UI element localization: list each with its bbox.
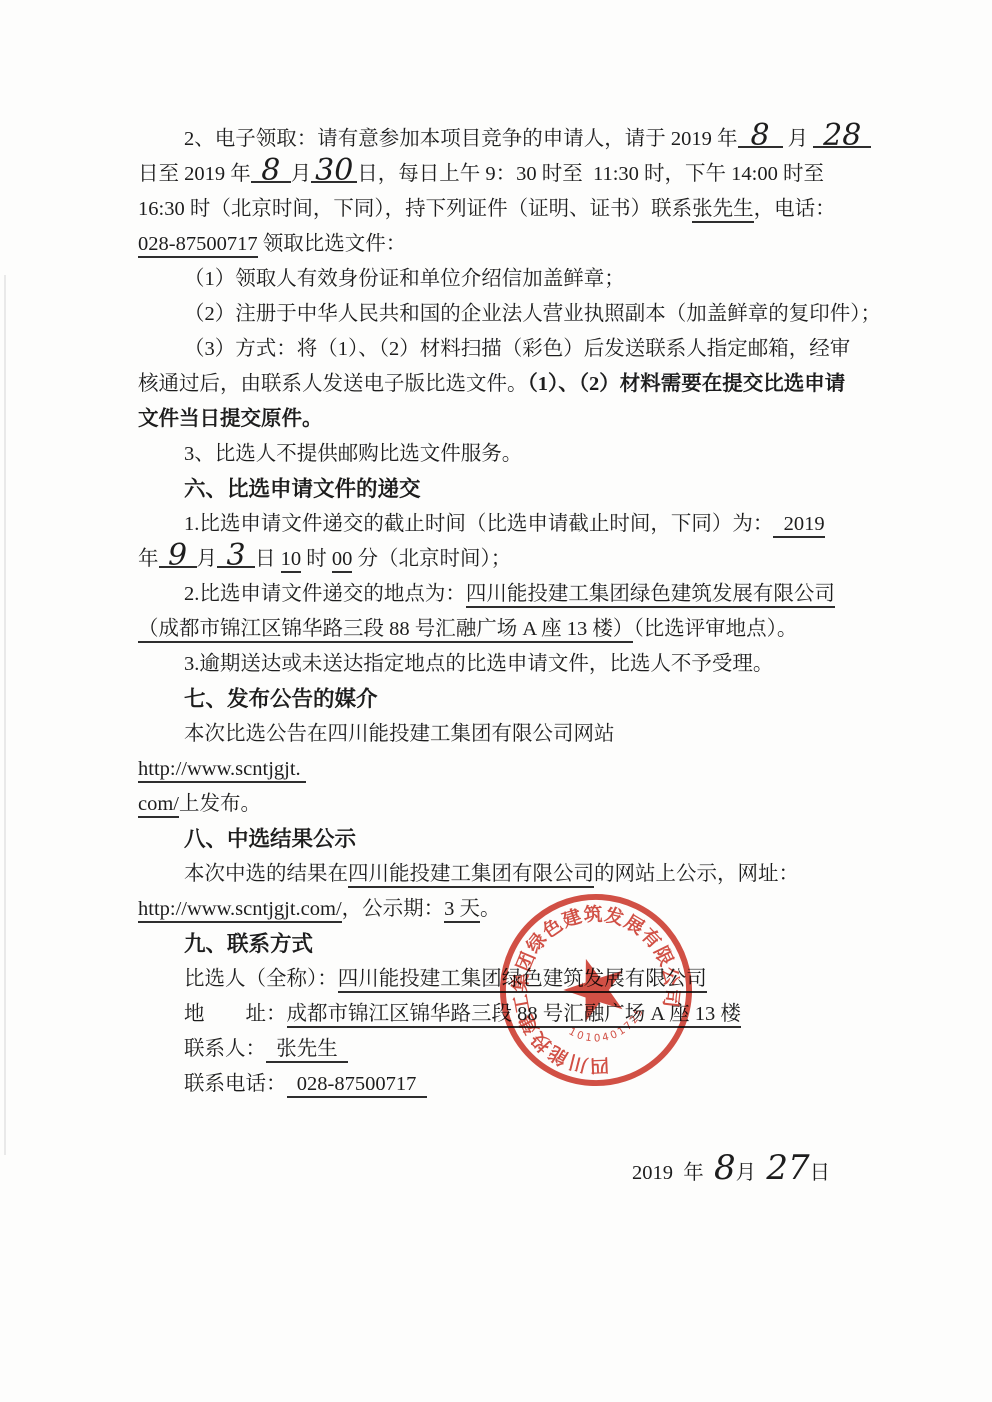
- website-url-part1: http://www.scntjgjt.: [138, 758, 306, 783]
- text-segment: 领取比选文件：: [258, 233, 407, 255]
- heading-section-7: 七、发布公告的媒介: [138, 682, 862, 717]
- handwritten-start-day: 28: [813, 126, 871, 148]
- text-segment: 联系人：: [184, 1038, 266, 1060]
- handwritten-end-day: 30: [311, 161, 357, 183]
- text-segment: （1）、（2）材料需要在提交比选申请: [528, 373, 846, 395]
- para-announcement-media-line1: 本次比选公告在四川能投建工集团有限公司网站: [138, 717, 862, 752]
- text-segment: 年: [138, 548, 159, 570]
- text-segment: 日: [810, 1162, 831, 1184]
- contact-person-line: 联系人： 张先生: [138, 1032, 862, 1067]
- text-segment: 日，每日上午 9：30 时至 11:30 时，下午 14:00 时至: [357, 163, 824, 185]
- text-segment: 核通过后，由联系人发送电子版比选文件。: [138, 373, 528, 395]
- text-segment: 2019 年: [632, 1162, 714, 1184]
- para-electronic-pickup-line1: 2、电子领取：请有意参加本项目竞争的申请人，请于 2019 年8 月 28: [138, 122, 862, 157]
- signature-date-line: 2019 年 8月 27日: [138, 1156, 862, 1191]
- text-segment: 时: [301, 548, 332, 570]
- handwritten-deadline-month: 9: [159, 546, 197, 568]
- deadline-year: 2019: [773, 513, 824, 538]
- para-announcement-media-line3: com/上发布。: [138, 787, 862, 822]
- deadline-minute: 00: [332, 548, 353, 573]
- item-3-method-line1: （3）方式：将（1）、（2）材料扫描（彩色）后发送联系人指定邮箱，经审: [138, 332, 862, 367]
- handwritten-deadline-day: 3: [217, 546, 255, 568]
- text-segment: 九、联系方式: [184, 932, 313, 956]
- handwritten-start-month: 8: [738, 126, 783, 148]
- text-segment: 七、发布公告的媒介: [184, 687, 378, 711]
- text-segment: 分（北京时间）；: [352, 548, 511, 570]
- text-segment: （2）注册于中华人民共和国的企业法人营业执照副本（加盖鲜章的复印件）；: [184, 303, 881, 325]
- para-submission-place-line2: （成都市锦江区锦华路三段 88 号汇融广场 A 座 13 楼）（比选评审地点）。: [138, 612, 862, 647]
- text-segment: 日: [255, 548, 281, 570]
- item-3-method-line3: 文件当日提交原件。: [138, 402, 862, 437]
- text-segment: 2、电子领取：请有意参加本项目竞争的申请人，请于 2019 年: [184, 128, 738, 150]
- text-segment: 八、中选结果公示: [184, 827, 356, 851]
- para-deadline-line1: 1.比选申请文件递交的截止时间（比选申请截止时间，下同）为： 2019: [138, 507, 862, 542]
- text-segment: 本次中选的结果在: [184, 863, 348, 885]
- contact-phone: 028-87500717: [287, 1073, 427, 1098]
- website-url-full: http://www.scntjgjt.com/: [138, 898, 342, 923]
- document-body: 2、电子领取：请有意参加本项目竞争的申请人，请于 2019 年8 月 28日至 …: [138, 122, 862, 1191]
- text-segment: 1.比选申请文件递交的截止时间（比选申请截止时间，下同）为：: [184, 513, 773, 535]
- text-segment: 文件当日提交原件。: [138, 408, 323, 430]
- website-url-part2: com/: [138, 793, 179, 818]
- text-segment: （1）领取人有效身份证和单位介绍信加盖鲜章；: [184, 268, 625, 290]
- phone-number-inline: 028-87500717: [138, 233, 258, 258]
- handwritten-signature-month: 8: [714, 1148, 736, 1188]
- item-3-method-line2: 核通过后，由联系人发送电子版比选文件。（1）、（2）材料需要在提交比选申请: [138, 367, 862, 402]
- para-submission-place-line1: 2.比选申请文件递交的地点为：四川能投建工集团绿色建筑发展有限公司: [138, 577, 862, 612]
- handwritten-end-month: 8: [251, 161, 291, 183]
- text-segment: ，公示期：: [342, 898, 445, 920]
- text-segment: 月: [783, 128, 814, 150]
- seal-star-icon: [556, 949, 633, 1024]
- text-segment: 联系电话：: [184, 1073, 287, 1095]
- contact-person-inline: 张先生: [692, 198, 754, 223]
- text-segment: 月: [736, 1162, 767, 1184]
- para-electronic-pickup-line4: 028-87500717 领取比选文件：: [138, 227, 862, 262]
- heading-section-6: 六、比选申请文件的递交: [138, 472, 862, 507]
- para-electronic-pickup-line3: 16:30 时（北京时间，下同），持下列证件（证明、证书）联系张先生，电话：: [138, 192, 862, 227]
- scanned-document: { "colors": { "paper": "#fdfdfc", "ink":…: [0, 0, 992, 1402]
- para-no-mail-service: 3、比选人不提供邮购比选文件服务。: [138, 437, 862, 472]
- text-segment: 月: [291, 163, 312, 185]
- text-segment: 日至 2019 年: [138, 163, 251, 185]
- handwritten-signature-day: 27: [766, 1148, 809, 1188]
- para-electronic-pickup-line2: 日至 2019 年8月30日，每日上午 9：30 时至 11:30 时，下午 1…: [138, 157, 862, 192]
- parent-company-name: 四川能投建工集团有限公司: [348, 863, 594, 888]
- text-segment: 3、比选人不提供邮购比选文件服务。: [184, 443, 522, 465]
- company-address-inline: （成都市锦江区锦华路三段 88 号汇融广场 A 座 13 楼）: [138, 618, 633, 643]
- text-segment: 比选人（全称）：: [184, 968, 338, 990]
- para-result-publicity-line1: 本次中选的结果在四川能投建工集团有限公司的网站上公示，网址：: [138, 857, 862, 892]
- text-segment: 本次比选公告在四川能投建工集团有限公司网站: [184, 723, 615, 745]
- heading-section-8: 八、中选结果公示: [138, 822, 862, 857]
- text-segment: 16:30 时（北京时间，下同），持下列证件（证明、证书）联系: [138, 198, 692, 220]
- text-segment: （3）方式：将（1）、（2）材料扫描（彩色）后发送联系人指定邮箱，经审: [184, 338, 850, 360]
- text-segment: ，电话：: [754, 198, 836, 220]
- text-segment: 六、比选申请文件的递交: [184, 477, 421, 501]
- text-segment: 3.逾期送达或未送达指定地点的比选申请文件，比选人不予受理。: [184, 653, 773, 675]
- contact-person: 张先生: [266, 1038, 348, 1063]
- deadline-hour: 10: [281, 548, 302, 573]
- company-name-inline: 四川能投建工集团绿色建筑发展有限公司: [466, 583, 835, 608]
- para-announcement-media-line2: http://www.scntjgjt.: [138, 752, 862, 787]
- scan-artifact: [4, 275, 6, 1155]
- item-1-id-requirement: （1）领取人有效身份证和单位介绍信加盖鲜章；: [138, 262, 862, 297]
- text-segment: （比选评审地点）。: [633, 618, 797, 640]
- contact-phone-line: 联系电话： 028-87500717: [138, 1067, 862, 1102]
- para-late-delivery: 3.逾期送达或未送达指定地点的比选申请文件，比选人不予受理。: [138, 647, 862, 682]
- text-segment: 月: [197, 548, 218, 570]
- publicity-period: 3 天: [444, 898, 480, 923]
- text-segment: 上发布。: [179, 793, 261, 815]
- para-deadline-line2: 年9月3日 10 时 00 分（北京时间）；: [138, 542, 862, 577]
- text-segment: 2.比选申请文件递交的地点为：: [184, 583, 466, 605]
- text-segment: 地 址：: [184, 1003, 287, 1025]
- item-2-license-requirement: （2）注册于中华人民共和国的企业法人营业执照副本（加盖鲜章的复印件）；: [138, 297, 862, 332]
